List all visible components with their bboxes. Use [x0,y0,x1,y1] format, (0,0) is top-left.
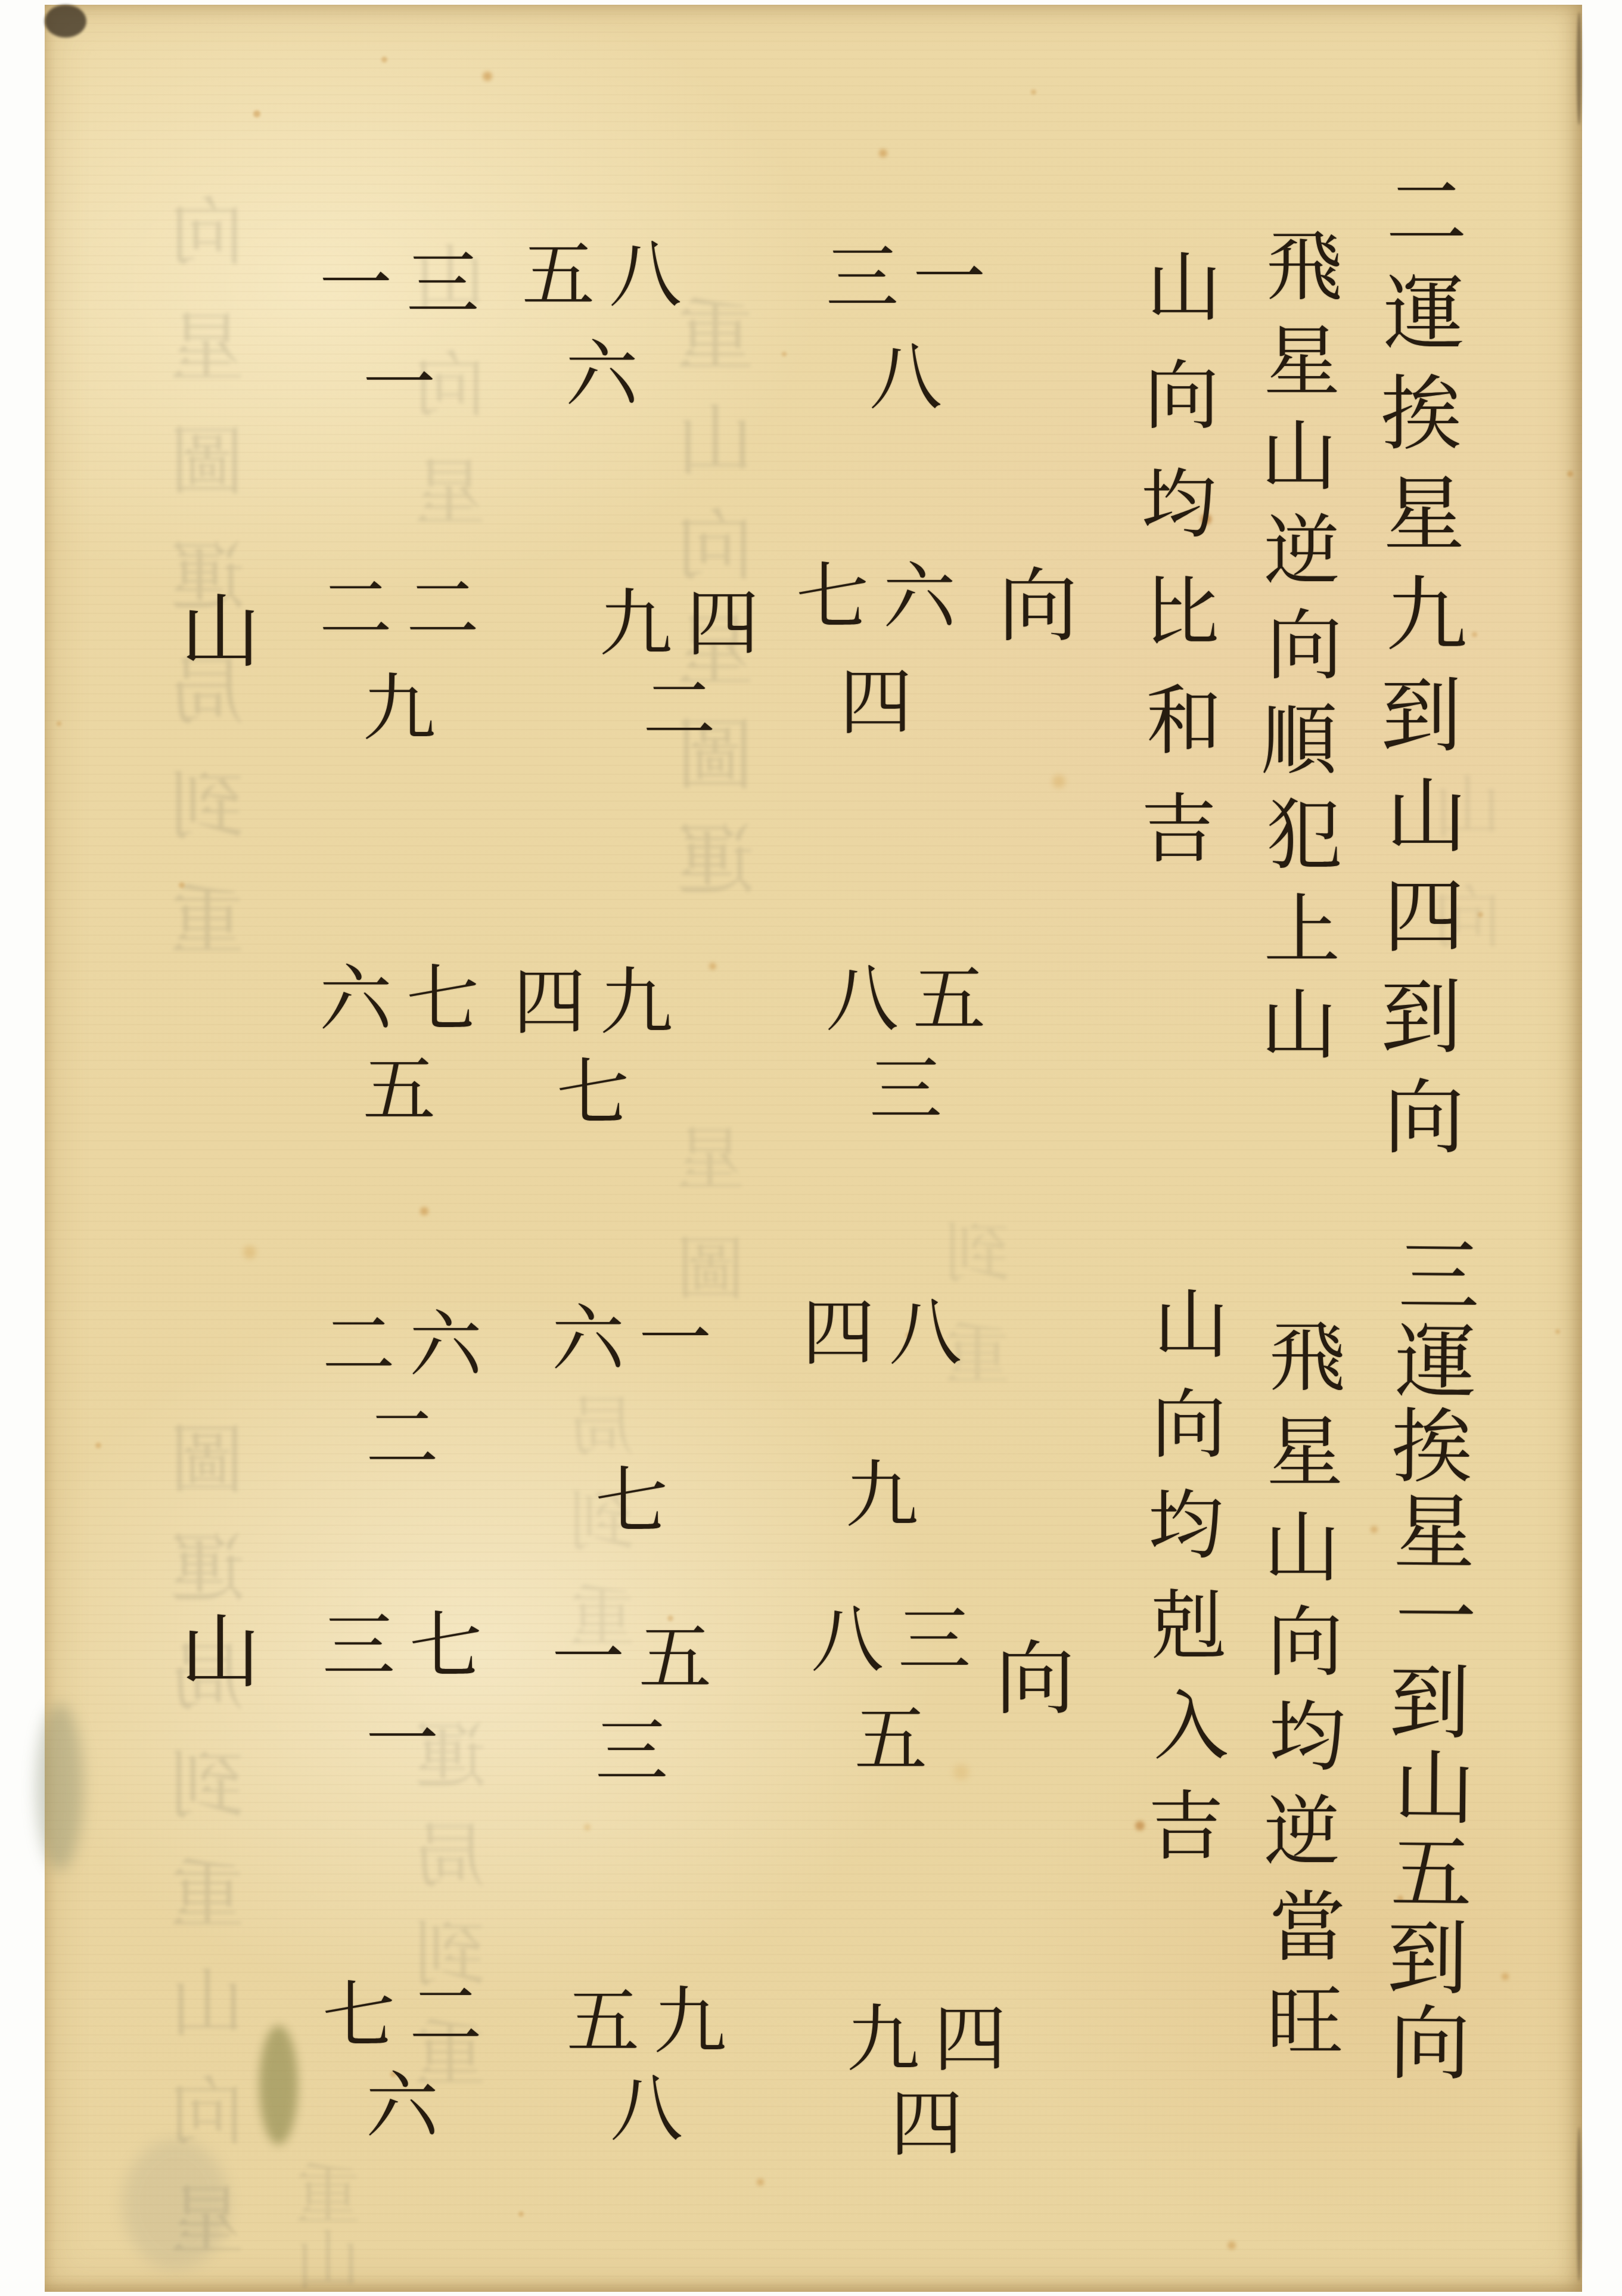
base-star: 六 [366,2069,439,2142]
header-character: 均 [1148,1488,1223,1563]
mountain-star: 三 [826,241,899,314]
paper-stain [122,2139,229,2270]
facing-star: 四 [934,2003,1006,2075]
paper-stain [1502,1973,1509,1980]
paper-stain [420,1207,428,1215]
period-2-method-column: 飛星山逆向順犯上山 [1254,229,1350,1064]
header-character: 到 [1381,676,1462,757]
header-character: 飛 [1269,1320,1346,1397]
paper-stain [1577,2127,1581,2282]
header-character: 逆 [1264,1795,1340,1871]
paper-stain [95,1442,101,1448]
header-character: 入 [1154,1689,1229,1764]
header-character: 飛 [1266,229,1343,306]
header-character: 比 [1144,575,1219,650]
base-star: 一 [363,347,436,420]
facing-label: 向 [998,566,1078,646]
mountain-star: 五 [567,1985,639,2058]
header-character: 山 [1394,1748,1475,1829]
period-3-result-column: 山向均剋入吉 [1141,1287,1236,1864]
header-character: 星 [1264,324,1340,401]
facing-star: 六 [883,560,956,633]
star-cell: 二六 二 [313,1308,492,1475]
header-character: 到 [1387,1918,1468,2000]
header-character: 山 [1146,250,1222,325]
bleed-through-column: 向星圖運局到重 [170,196,244,958]
scan-canvas: 重山向星圖運山向星向星圖運局到重星圖圖運局到重山向星運局到重局到重到重重山山向 … [0,0,1622,2296]
base-star: 二 [366,1402,439,1475]
facing-star: 八 [889,1296,962,1369]
base-star: 六 [565,338,638,411]
header-character: 三 [1398,1236,1480,1318]
header-character: 星 [1267,1415,1343,1491]
base-star: 九 [363,672,436,744]
star-cell: 七二 六 [313,1979,492,2142]
facing-star: 一 [913,241,986,314]
header-character: 山 [1386,777,1467,858]
period-3-title-column: 三運挨星一到山五到向 [1382,1236,1484,2085]
period-2-title-column: 二運挨星九到山四到向 [1376,173,1472,1159]
mountain-star: 八 [826,963,899,1035]
header-character: 均 [1141,467,1216,542]
header-character: 運 [1395,1321,1477,1403]
paper-stain [879,149,887,157]
facing-star: 三 [406,247,479,320]
header-character: 和 [1146,684,1222,759]
mountain-star: 四 [513,966,586,1038]
mountain-star: 九 [847,2003,919,2075]
base-star: 三 [869,1053,942,1126]
mountain-star: 六 [552,1302,624,1375]
facing-star: 七 [409,1609,482,1682]
paper-stain [1478,912,1483,917]
base-star: 四 [840,666,912,739]
paper-stain [518,2211,524,2217]
header-character: 挨 [1381,374,1462,455]
base-star: 七 [557,1056,629,1129]
facing-star: 三 [898,1603,971,1676]
paper-stain [782,352,787,356]
header-character: 剋 [1151,1588,1226,1664]
facing-star: 六 [409,1308,482,1381]
base-star: 一 [366,1703,439,1776]
facing-star: 二 [406,572,479,645]
paper-stain [36,1704,83,1870]
mountain-star: 七 [796,560,869,633]
paper-stain [757,2179,764,2186]
base-star: 二 [643,673,716,746]
header-character: 上 [1264,893,1340,969]
header-character: 山 [1261,419,1337,495]
header-character: 山 [1261,988,1337,1064]
paper-stain [709,963,716,970]
header-character: 向 [1267,1605,1343,1681]
facing-star: 七 [406,963,479,1035]
mountain-star: 六 [319,963,392,1035]
star-cell: 一三 一 [310,247,489,420]
base-star: 七 [595,1465,668,1537]
star-cell: 八三 五 [801,1603,980,1776]
star-cell: 六一 七 [542,1302,721,1537]
header-character: 向 [1384,1078,1465,1159]
facing-star: 四 [686,587,759,660]
header-character: 四 [1384,877,1465,958]
paper-stain [243,1246,256,1259]
paper-stain [259,2025,298,2145]
paper-stain [381,57,387,63]
header-character: 九 [1386,575,1467,656]
star-cell: 五八 六 [512,238,691,411]
mountain-star: 一 [319,247,392,320]
star-cell: 八五 三 [816,963,995,1126]
star-cell: 九四 二 [590,587,769,746]
header-character: 山 [1154,1287,1229,1363]
base-star: 八 [610,2072,683,2145]
mountain-star: 二 [322,1308,395,1381]
mountain-star: 九 [599,587,672,660]
star-cell: 一五 三 [542,1621,721,1788]
paper-stain [1555,1329,1560,1334]
facing-star: 九 [654,1985,726,2058]
header-character: 均 [1269,1700,1346,1776]
mountain-star: 四 [802,1296,875,1369]
star-cell: 四九 七 [504,966,682,1129]
period-3-method-column: 飛星山向均逆當旺 [1257,1320,1353,2061]
paper-stain [1228,2241,1236,2250]
mountain-label: 山 [181,592,260,672]
bleed-through-column: 星圖 [676,1125,745,1304]
star-cell: 七六 四 [787,560,965,739]
facing-star: 八 [609,238,682,311]
paper-stain [1472,632,1477,637]
paper-stain [179,882,185,888]
star-cell: 五九 八 [557,1985,736,2145]
bleed-through-column: 圖運局到重山向星 [170,1423,244,2258]
period-2-result-column: 山向均比和吉 [1134,250,1229,867]
star-cell: 九四 四 [837,2003,1016,2160]
header-character: 運 [1384,274,1465,355]
paper-stain [1052,775,1065,788]
facing-star: 五 [913,963,986,1035]
header-character: 向 [1266,609,1343,685]
header-character: 星 [1384,474,1465,556]
paper-stain [1031,89,1036,95]
star-cell: 三一 八 [816,241,995,414]
header-character: 向 [1144,359,1219,434]
header-character: 逆 [1264,514,1340,590]
base-star: 五 [363,1053,436,1126]
star-cell: 四八 九 [793,1296,971,1531]
facing-label: 向 [995,1639,1075,1719]
header-character: 當 [1269,1890,1346,1966]
mountain-star: 二 [319,572,392,645]
header-character: 犯 [1266,798,1343,874]
mountain-star: 七 [322,1979,395,2052]
mountain-label: 山 [181,1612,260,1692]
bleed-through-column: 重山 [295,2162,361,2294]
mountain-star: 八 [811,1603,884,1676]
header-character: 吉 [1148,1789,1223,1864]
paper-stain [57,721,61,726]
mountain-star: 三 [322,1609,395,1682]
paper-stain [1567,471,1573,477]
header-character: 五 [1390,1833,1472,1915]
base-star: 五 [854,1703,927,1776]
manuscript-page: 重山向星圖運山向星向星圖運局到重星圖圖運局到重山向星運局到重局到重到重重山山向 … [45,5,1582,2292]
facing-star: 五 [639,1621,711,1694]
base-star: 三 [595,1715,668,1788]
star-cell: 六七 五 [310,963,489,1126]
header-character: 山 [1264,1510,1340,1587]
star-cell: 三七 一 [313,1609,492,1776]
paper-stain [1371,1526,1378,1533]
header-character: 星 [1393,1492,1475,1574]
facing-star: 九 [600,966,673,1038]
base-star: 九 [846,1459,918,1531]
header-character: 二 [1386,173,1467,254]
header-character: 旺 [1267,1985,1343,2061]
header-character: 到 [1389,1662,1471,1744]
base-star: 八 [869,341,942,414]
header-character: 到 [1381,978,1462,1059]
header-character: 順 [1261,703,1337,780]
mountain-star: 五 [522,238,595,311]
paper-stain [45,5,86,38]
paper-stain [483,72,492,81]
header-character: 挨 [1391,1407,1473,1488]
paper-stain [253,110,260,117]
facing-star: 一 [639,1302,711,1375]
paper-stain [584,1824,591,1830]
star-cell: 二二 九 [310,572,489,744]
paper-stain [1577,12,1581,125]
mountain-star: 一 [552,1621,624,1694]
header-character: 吉 [1141,792,1216,867]
header-character: 一 [1395,1577,1477,1659]
header-character: 向 [1151,1388,1226,1463]
facing-star: 二 [409,1979,482,2052]
base-star: 四 [890,2087,963,2160]
header-character: 向 [1389,2003,1471,2085]
